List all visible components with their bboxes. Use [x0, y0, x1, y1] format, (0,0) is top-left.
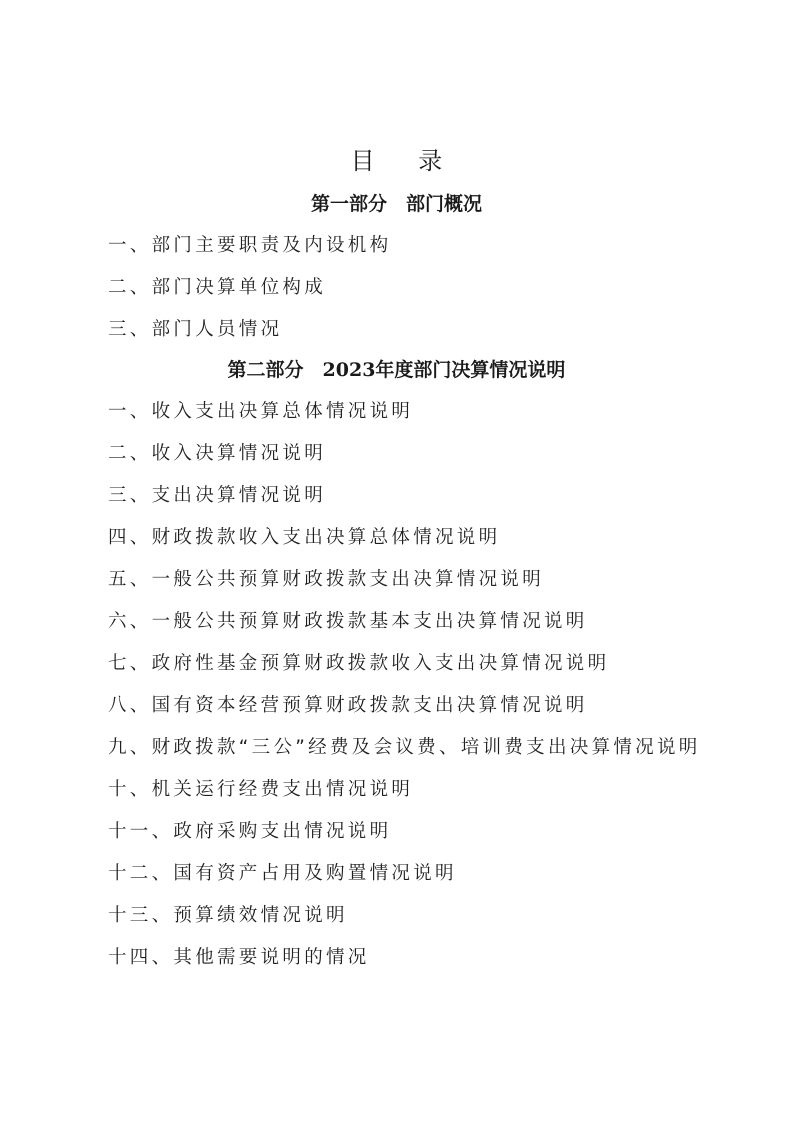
toc-item[interactable]: 七、政府性基金预算财政拨款收入支出决算情况说明 [108, 643, 701, 685]
toc-title: 目 录 [0, 145, 793, 177]
toc-item[interactable]: 一、收入支出决算总体情况说明 [108, 391, 701, 433]
toc-item[interactable]: 三、部门人员情况 [108, 309, 391, 351]
part-1-toc-list: 一、部门主要职责及内设机构 二、部门决算单位构成 三、部门人员情况 [108, 225, 391, 351]
part-2-heading: 第二部分 2023年度部门决算情况说明 [0, 357, 793, 383]
toc-item[interactable]: 十、机关运行经费支出情况说明 [108, 769, 701, 811]
part-2-toc-list: 一、收入支出决算总体情况说明 二、收入决算情况说明 三、支出决算情况说明 四、财… [108, 391, 701, 979]
toc-item[interactable]: 八、国有资本经营预算财政拨款支出决算情况说明 [108, 685, 701, 727]
toc-item[interactable]: 二、部门决算单位构成 [108, 267, 391, 309]
document-page: 目 录 第一部分 部门概况 一、部门主要职责及内设机构 二、部门决算单位构成 三… [0, 0, 793, 1122]
toc-item[interactable]: 五、一般公共预算财政拨款支出决算情况说明 [108, 559, 701, 601]
toc-item[interactable]: 十四、其他需要说明的情况 [108, 937, 701, 979]
toc-item[interactable]: 十一、政府采购支出情况说明 [108, 811, 701, 853]
toc-item[interactable]: 六、一般公共预算财政拨款基本支出决算情况说明 [108, 601, 701, 643]
toc-item[interactable]: 一、部门主要职责及内设机构 [108, 225, 391, 267]
toc-item[interactable]: 九、财政拨款“三公”经费及会议费、培训费支出决算情况说明 [108, 727, 701, 769]
toc-item[interactable]: 十三、预算绩效情况说明 [108, 895, 701, 937]
toc-item[interactable]: 四、财政拨款收入支出决算总体情况说明 [108, 517, 701, 559]
toc-item[interactable]: 二、收入决算情况说明 [108, 433, 701, 475]
toc-item[interactable]: 十二、国有资产占用及购置情况说明 [108, 853, 701, 895]
part-1-heading: 第一部分 部门概况 [0, 191, 793, 217]
toc-item[interactable]: 三、支出决算情况说明 [108, 475, 701, 517]
